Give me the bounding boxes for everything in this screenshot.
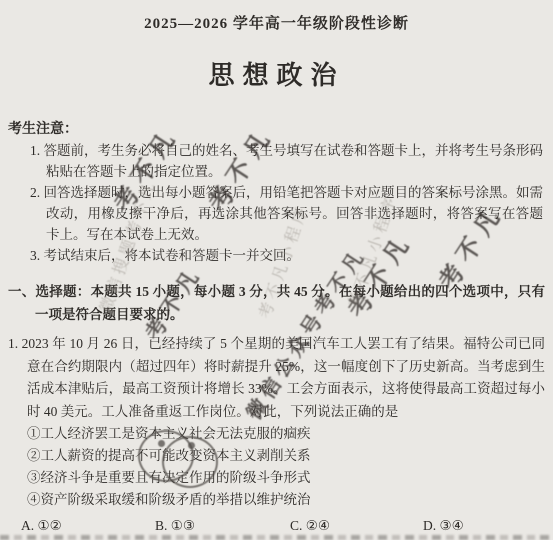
statement-3: ③经济斗争是重要且有决定作用的阶级斗争形式 xyxy=(27,467,545,489)
notice-item-1: 1. 答题前，考生务必将自己的姓名、考生号填写在试卷和答题卡上，并将考生号条形码… xyxy=(46,140,543,182)
statement-2: ②工人薪资的提高不可能改变资本主义剥削关系 xyxy=(27,445,545,467)
cut-off-next-line xyxy=(0,535,553,540)
exam-paper-page: 考不凡 考不凡 考不凡 微信公众号考不凡 考不凡 考不凡 微信搜题考不凡 考不凡… xyxy=(0,0,553,540)
notice-heading: 考生注意： xyxy=(0,92,553,138)
option-b: B. ①③ xyxy=(155,518,195,534)
notice-item-3: 3. 考试结束后，将本试卷和答题卡一并交回。 xyxy=(46,245,543,266)
option-c: C. ②④ xyxy=(290,518,330,534)
statement-4: ④资产阶级采取缓和阶级矛盾的举措以维护统治 xyxy=(27,489,545,511)
statement-1: ①工人经济罢工是资本主义社会无法克服的痼疾 xyxy=(27,423,545,445)
option-d: D. ③④ xyxy=(423,518,464,534)
notice-item-2: 2. 回答选择题时，选出每小题答案后，用铅笔把答题卡对应题目的答案标号涂黑。如需… xyxy=(46,182,543,245)
subject-title: 思想政治 xyxy=(0,33,553,92)
exam-session-title: 2025—2026 学年高一年级阶段性诊断 xyxy=(0,0,553,33)
question-1-statements: ①工人经济罢工是资本主义社会无法克服的痼疾 ②工人薪资的提高不可能改变资本主义剥… xyxy=(0,423,553,511)
notice-list: 1. 答题前，考生务必将自己的姓名、考生号填写在试卷和答题卡上，并将考生号条形码… xyxy=(0,140,553,266)
question-1-stem: 1. 2023 年 10 月 26 日，已经持续了 5 个星期的美国汽车工人罢工… xyxy=(0,333,553,423)
section-heading: 一、选择题：本题共 15 小题，每小题 3 分，共 45 分。在每小题给出的四个… xyxy=(0,280,553,326)
option-a: A. ①② xyxy=(21,518,62,534)
